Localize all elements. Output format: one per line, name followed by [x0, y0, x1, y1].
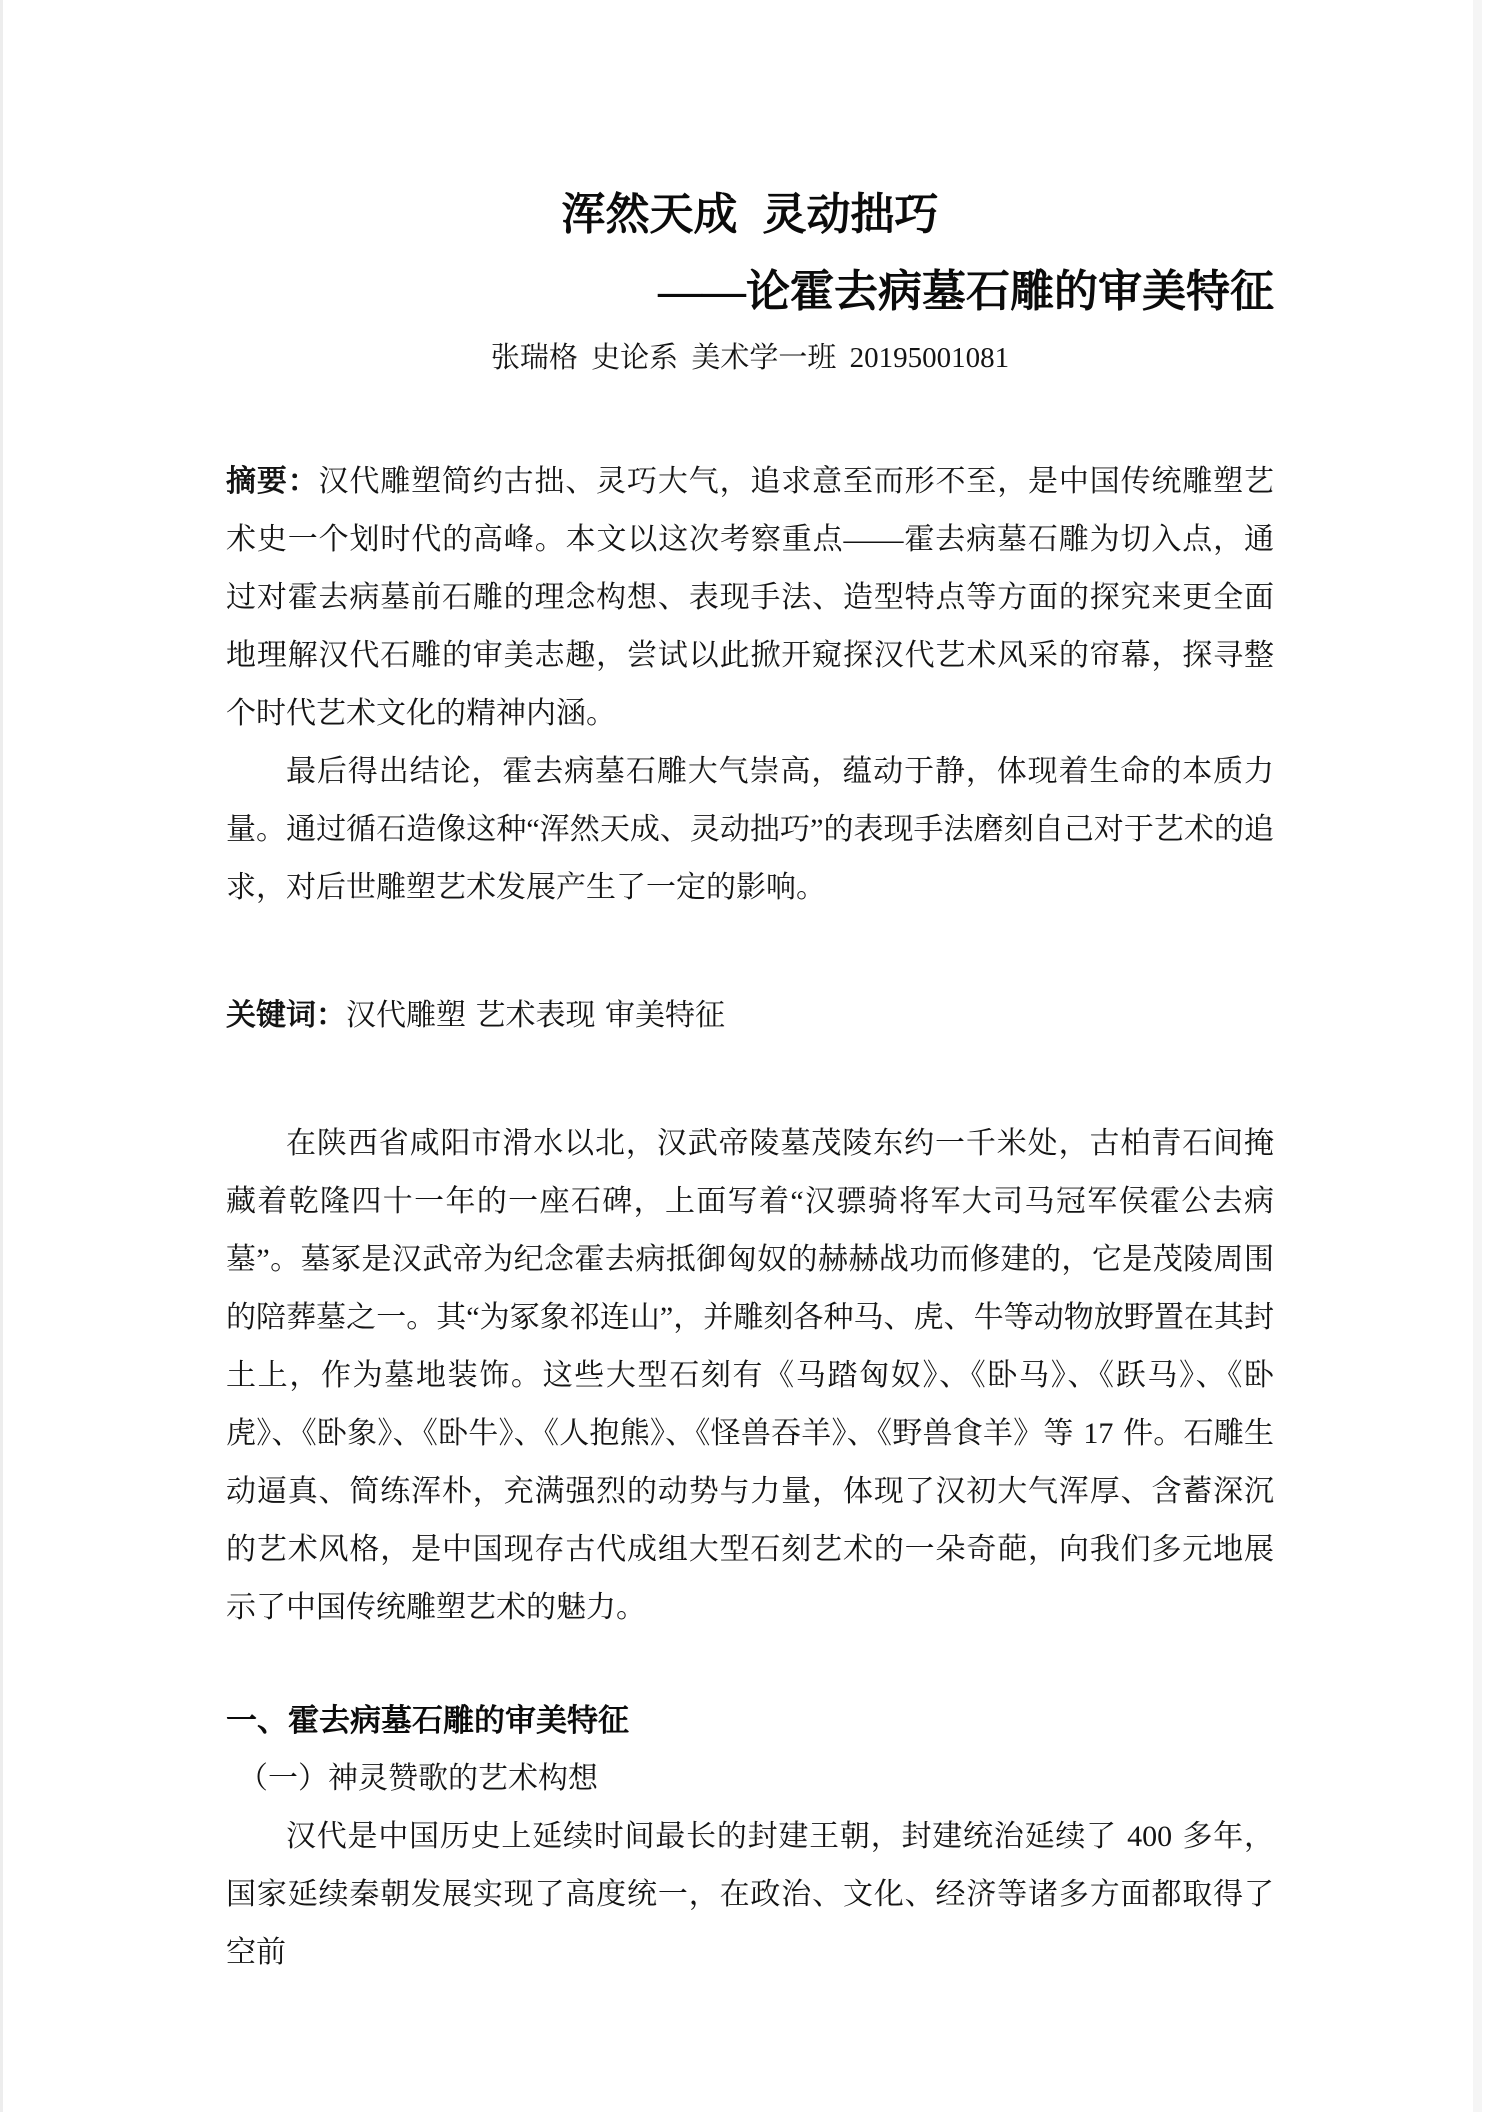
- subsection-heading-1-1: （一）神灵赞歌的艺术构想: [238, 1750, 1274, 1808]
- body-paragraph-1: 在陕西省咸阳市滑水以北，汉武帝陵墓茂陵东约一千米处，古柏青石间掩藏着乾隆四十一年…: [226, 1115, 1274, 1637]
- keywords-line: 关键词：汉代雕塑 艺术表现 审美特征: [226, 987, 1274, 1045]
- body-paragraph-2: 汉代是中国历史上延续时间最长的封建王朝，封建统治延续了 400 多年，国家延续秦…: [226, 1808, 1274, 1982]
- page-right-edge: [1473, 0, 1482, 2112]
- keywords-label: 关键词：: [226, 999, 346, 1032]
- abstract-label: 摘要：: [226, 465, 319, 498]
- paper-title-line2: ——论霍去病墓石雕的审美特征: [226, 262, 1274, 322]
- section-heading-1: 一、霍去病墓石雕的审美特征: [226, 1692, 1274, 1750]
- page-left-edge: [0, 0, 3, 2112]
- paper-title-line1: 浑然天成 灵动拙巧: [226, 185, 1274, 245]
- abstract-text-1: 汉代雕塑简约古拙、灵巧大气，追求意至而形不至，是中国传统雕塑艺术史一个划时代的高…: [226, 465, 1274, 730]
- abstract-paragraph-1: 摘要：汉代雕塑简约古拙、灵巧大气，追求意至而形不至，是中国传统雕塑艺术史一个划时…: [226, 453, 1274, 743]
- author-line: 张瑞格 史论系 美术学一班 20195001081: [226, 336, 1274, 380]
- document-page: 浑然天成 灵动拙巧 ——论霍去病墓石雕的审美特征 张瑞格 史论系 美术学一班 2…: [0, 0, 1500, 2112]
- keywords-text: 汉代雕塑 艺术表现 审美特征: [346, 999, 725, 1032]
- abstract-paragraph-2: 最后得出结论，霍去病墓石雕大气崇高，蕴动于静，体现着生命的本质力量。通过循石造像…: [226, 743, 1274, 917]
